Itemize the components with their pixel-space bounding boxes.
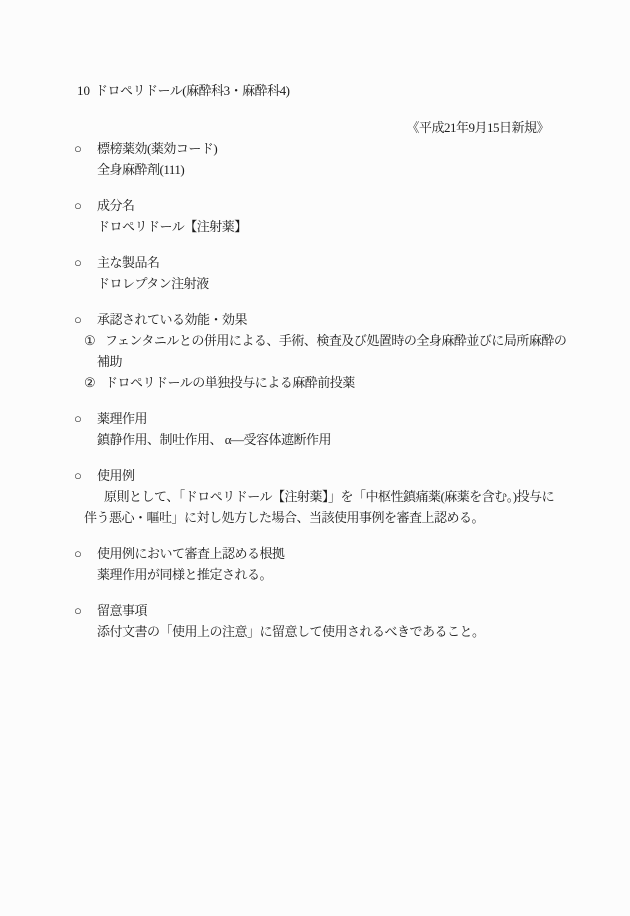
section-label: 承認されている効能・効果	[97, 312, 247, 327]
section-label: 留意事項	[97, 603, 147, 618]
section-label: 主な製品名	[97, 255, 160, 270]
section-label: 成分名	[97, 198, 135, 213]
numbered-item-wrap: 補助	[0, 351, 630, 372]
circle-marker-icon: ○	[74, 600, 97, 621]
section-heading: ○留意事項	[0, 600, 630, 621]
paragraph-line: 原則として、「ドロペリドール【注射薬】」を「中枢性鎮痛薬(麻薬を含む。)投与に	[0, 486, 630, 507]
section-body-line: 薬理作用が同様と推定される。	[0, 564, 630, 585]
numbered-item-text: ドロペリドールの単独投与による麻酔前投薬	[105, 375, 355, 390]
section-heading: ○薬理作用	[0, 408, 630, 429]
section-heading: ○承認されている効能・効果	[0, 309, 630, 330]
section-heading: ○使用例において審査上認める根拠	[0, 543, 630, 564]
section-heading: ○使用例	[0, 465, 630, 486]
section-body-line: 全身麻酔剤(111)	[0, 159, 630, 180]
circle-marker-icon: ○	[74, 465, 97, 486]
circle-marker-icon: ○	[74, 309, 97, 330]
section-standard-efficacy: ○標榜薬効(薬効コード) 全身麻酔剤(111)	[0, 138, 630, 180]
section-usage-example: ○使用例 原則として、「ドロペリドール【注射薬】」を「中枢性鎮痛薬(麻薬を含む。…	[0, 465, 630, 528]
revision-date: 《平成21年9月15日新規》	[0, 117, 630, 138]
circled-number-icon: ②	[84, 372, 105, 393]
doc-number: 10	[77, 80, 95, 101]
section-body-line: ドロレプタン注射液	[0, 273, 630, 294]
numbered-item-text: フェンタニルとの併用による、手術、検査及び処置時の全身麻酔並びに局所麻酔の	[105, 333, 566, 348]
section-label: 使用例において審査上認める根拠	[97, 546, 285, 561]
section-ingredient-name: ○成分名 ドロペリドール【注射薬】	[0, 195, 630, 237]
numbered-item: ②ドロペリドールの単独投与による麻酔前投薬	[0, 372, 630, 393]
doc-heading: 10ドロペリドール(麻酔科3・麻酔科4)	[0, 80, 630, 101]
section-label: 使用例	[97, 468, 135, 483]
circle-marker-icon: ○	[74, 252, 97, 273]
section-heading: ○成分名	[0, 195, 630, 216]
circled-number-icon: ①	[84, 330, 105, 351]
section-label: 薬理作用	[97, 411, 147, 426]
circle-marker-icon: ○	[74, 138, 97, 159]
circle-marker-icon: ○	[74, 408, 97, 429]
section-body-line: ドロペリドール【注射薬】	[0, 216, 630, 237]
circle-marker-icon: ○	[74, 195, 97, 216]
section-product-name: ○主な製品名 ドロレプタン注射液	[0, 252, 630, 294]
numbered-item: ①フェンタニルとの併用による、手術、検査及び処置時の全身麻酔並びに局所麻酔の	[0, 330, 630, 351]
document-page: 10ドロペリドール(麻酔科3・麻酔科4) 《平成21年9月15日新規》 ○標榜薬…	[0, 0, 630, 916]
section-body-line: 鎮静作用、制吐作用、 α―受容体遮断作用	[0, 429, 630, 450]
doc-title: ドロペリドール(麻酔科3・麻酔科4)	[95, 83, 289, 98]
section-notes: ○留意事項 添付文書の「使用上の注意」に留意して使用されるべきであること。	[0, 600, 630, 642]
section-label: 標榜薬効(薬効コード)	[97, 141, 217, 156]
section-approval-basis: ○使用例において審査上認める根拠 薬理作用が同様と推定される。	[0, 543, 630, 585]
section-heading: ○標榜薬効(薬効コード)	[0, 138, 630, 159]
circle-marker-icon: ○	[74, 543, 97, 564]
paragraph-line: 伴う悪心・嘔吐」に対し処方した場合、当該使用事例を審査上認める。	[0, 507, 630, 528]
section-approved-indications: ○承認されている効能・効果 ①フェンタニルとの併用による、手術、検査及び処置時の…	[0, 309, 630, 393]
section-heading: ○主な製品名	[0, 252, 630, 273]
section-pharmacology: ○薬理作用 鎮静作用、制吐作用、 α―受容体遮断作用	[0, 408, 630, 450]
section-body-line: 添付文書の「使用上の注意」に留意して使用されるべきであること。	[0, 621, 630, 642]
